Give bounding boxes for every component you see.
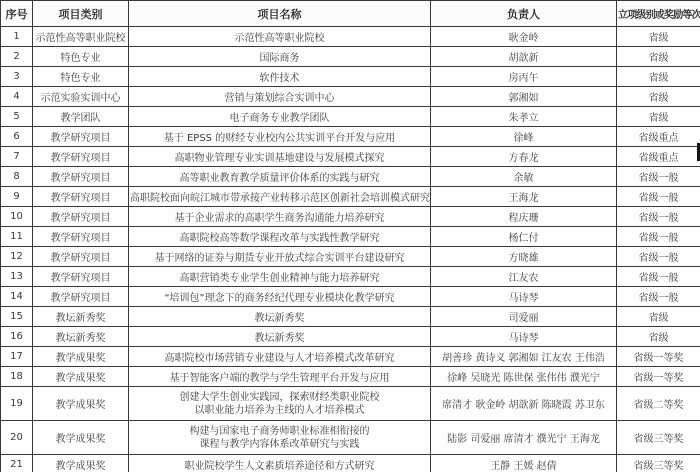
table-row: 18教学成果奖基于智能客户端的教学与学生管理平台开发与应用徐峰 吴晓光 陈世保 …: [1, 367, 700, 387]
cell-level: 省级一般: [617, 247, 700, 267]
cell-name: 高职院校面向皖江城市带承接产业转移示范区创新社会培训模式研究: [129, 187, 431, 207]
cell-level: 省级: [617, 47, 700, 67]
table-row: 9教学研究项目高职院校面向皖江城市带承接产业转移示范区创新社会培训模式研究王海龙…: [1, 187, 700, 207]
header-no: 序号: [1, 1, 33, 27]
cell-leader: 马诗琴: [431, 287, 617, 307]
cell-category: 特色专业: [33, 67, 129, 87]
cell-category: 教坛新秀奖: [33, 307, 129, 327]
cell-leader: 陆影 司爱丽 席清才 濮光宁 王海龙: [431, 421, 617, 455]
table-row: 1示范性高等职业院校示范性高等职业院校耿金岭省级: [1, 27, 700, 47]
cell-level: 省级: [617, 307, 700, 327]
cell-category: 教学研究项目: [33, 187, 129, 207]
cell-no: 21: [1, 455, 33, 472]
header-row: 序号 项目类别 项目名称 负责人 立项级别或奖励等次: [1, 1, 700, 27]
cell-name: 高等职业教育教学质量评价体系的实践与研究: [129, 167, 431, 187]
cell-leader: 方晓雄: [431, 247, 617, 267]
cell-no: 6: [1, 127, 33, 147]
table-row: 7教学研究项目高职物业管理专业实训基地建设与发展模式探究方春龙省级重点: [1, 147, 700, 167]
cell-name: 创建大学生创业实践园，探索财经类职业院校 以职业能力培养为主线的人才培养模式: [129, 387, 431, 421]
cell-name: “培训包”理念下的商务经纪代理专业模块化教学研究: [129, 287, 431, 307]
header-category: 项目类别: [33, 1, 129, 27]
cell-name: 高职物业管理专业实训基地建设与发展模式探究: [129, 147, 431, 167]
cell-name: 高职营销类专业学生创业精神与能力培养研究: [129, 267, 431, 287]
cell-category: 教学研究项目: [33, 287, 129, 307]
cell-leader: 耿金岭: [431, 27, 617, 47]
projects-table: 序号 项目类别 项目名称 负责人 立项级别或奖励等次 1示范性高等职业院校示范性…: [0, 0, 700, 472]
projects-page: 序号 项目类别 项目名称 负责人 立项级别或奖励等次 1示范性高等职业院校示范性…: [0, 0, 700, 472]
cell-no: 7: [1, 147, 33, 167]
cell-no: 5: [1, 107, 33, 127]
cell-level: 省级: [617, 107, 700, 127]
cell-category: 教学成果奖: [33, 455, 129, 472]
cell-name: 电子商务专业教学团队: [129, 107, 431, 127]
header-name: 项目名称: [129, 1, 431, 27]
cell-level: 省级一等奖: [617, 347, 700, 367]
cell-leader: 房丙午: [431, 67, 617, 87]
table-row: 6教学研究项目基于 EPSS 的财经专业校内公共实训平台开发与应用徐峰省级重点: [1, 127, 700, 147]
cell-level: 省级一般: [617, 227, 700, 247]
cell-category: 教学研究项目: [33, 127, 129, 147]
cell-no: 18: [1, 367, 33, 387]
cell-leader: 王静 王媛 赵倩: [431, 455, 617, 472]
cell-no: 3: [1, 67, 33, 87]
cell-leader: 余敏: [431, 167, 617, 187]
table-row: 17教学成果奖高职院校市场营销专业建设与人才培养模式改革研究胡善珍 黄诗义 郭湘…: [1, 347, 700, 367]
table-row: 19教学成果奖创建大学生创业实践园，探索财经类职业院校 以职业能力培养为主线的人…: [1, 387, 700, 421]
cell-no: 19: [1, 387, 33, 421]
cell-category: 教学成果奖: [33, 367, 129, 387]
cell-no: 9: [1, 187, 33, 207]
cell-category: 教学研究项目: [33, 147, 129, 167]
table-row: 12教学研究项目基于网络的证券与期货专业开放式综合实训平台建设研究方晓雄省级一般: [1, 247, 700, 267]
cell-level: 省级重点: [617, 127, 700, 147]
cell-level: 省级重点: [617, 147, 700, 167]
cell-name: 基于 EPSS 的财经专业校内公共实训平台开发与应用: [129, 127, 431, 147]
cell-leader: 徐峰 吴晓光 陈世保 张伟伟 濮光宁: [431, 367, 617, 387]
cell-category: 教学研究项目: [33, 207, 129, 227]
cell-name: 基于网络的证券与期货专业开放式综合实训平台建设研究: [129, 247, 431, 267]
cell-category: 教学研究项目: [33, 247, 129, 267]
cell-no: 17: [1, 347, 33, 367]
table-row: 14教学研究项目“培训包”理念下的商务经纪代理专业模块化教学研究马诗琴省级一般: [1, 287, 700, 307]
cell-name: 高职院校高等数学课程改革与实践性教学研究: [129, 227, 431, 247]
cell-category: 教学研究项目: [33, 167, 129, 187]
cell-name: 基于企业需求的高职学生商务沟通能力培养研究: [129, 207, 431, 227]
cell-name: 高职院校市场营销专业建设与人才培养模式改革研究: [129, 347, 431, 367]
cell-level: 省级二等奖: [617, 387, 700, 421]
cell-no: 15: [1, 307, 33, 327]
cell-leader: 程庆珊: [431, 207, 617, 227]
cell-category: 教学研究项目: [33, 227, 129, 247]
cell-level: 省级: [617, 27, 700, 47]
cell-leader: 郭湘如: [431, 87, 617, 107]
cell-no: 12: [1, 247, 33, 267]
cell-level: 省级三等奖: [617, 455, 700, 472]
cell-level: 省级: [617, 67, 700, 87]
cell-level: 省级一等奖: [617, 367, 700, 387]
cell-leader: 杨仁付: [431, 227, 617, 247]
cell-level: 省级一般: [617, 207, 700, 227]
cell-leader: 朱孝立: [431, 107, 617, 127]
header-leader: 负责人: [431, 1, 617, 27]
table-row: 15教坛新秀奖教坛新秀奖司爱丽省级: [1, 307, 700, 327]
cell-level: 省级一般: [617, 267, 700, 287]
cell-category: 示范性高等职业院校: [33, 27, 129, 47]
cell-level: 省级三等奖: [617, 421, 700, 455]
cell-name: 国际商务: [129, 47, 431, 67]
cell-leader: 马诗琴: [431, 327, 617, 347]
cell-category: 教学成果奖: [33, 347, 129, 367]
cell-leader: 方春龙: [431, 147, 617, 167]
cell-level: 省级一般: [617, 287, 700, 307]
cell-name: 示范性高等职业院校: [129, 27, 431, 47]
cell-name: 营销与策划综合实训中心: [129, 87, 431, 107]
cell-name: 软件技术: [129, 67, 431, 87]
cell-no: 4: [1, 87, 33, 107]
cell-category: 教学成果奖: [33, 387, 129, 421]
table-row: 8教学研究项目高等职业教育教学质量评价体系的实践与研究余敏省级一般: [1, 167, 700, 187]
cell-name: 基于智能客户端的教学与学生管理平台开发与应用: [129, 367, 431, 387]
cell-no: 2: [1, 47, 33, 67]
cell-category: 教坛新秀奖: [33, 327, 129, 347]
cell-category: 教学团队: [33, 107, 129, 127]
cell-leader: 胡歆新: [431, 47, 617, 67]
cell-leader: 胡善珍 黄诗义 郭湘如 江友农 王伟浩: [431, 347, 617, 367]
cell-leader: 司爱丽: [431, 307, 617, 327]
cell-no: 8: [1, 167, 33, 187]
cell-name: 教坛新秀奖: [129, 327, 431, 347]
cell-leader: 王海龙: [431, 187, 617, 207]
cell-level: 省级: [617, 327, 700, 347]
cell-level: 省级一般: [617, 187, 700, 207]
cell-name: 构建与国家电子商务师职业标准相衔接的 课程与教学内容体系改革研究与实践: [129, 421, 431, 455]
table-row: 20教学成果奖构建与国家电子商务师职业标准相衔接的 课程与教学内容体系改革研究与…: [1, 421, 700, 455]
cell-no: 13: [1, 267, 33, 287]
cell-leader: 江友农: [431, 267, 617, 287]
cell-no: 16: [1, 327, 33, 347]
table-row: 11教学研究项目高职院校高等数学课程改革与实践性教学研究杨仁付省级一般: [1, 227, 700, 247]
table-row: 10教学研究项目基于企业需求的高职学生商务沟通能力培养研究程庆珊省级一般: [1, 207, 700, 227]
cell-name: 教坛新秀奖: [129, 307, 431, 327]
cell-category: 教学成果奖: [33, 421, 129, 455]
cell-no: 10: [1, 207, 33, 227]
cell-level: 省级: [617, 87, 700, 107]
cell-category: 特色专业: [33, 47, 129, 67]
cell-no: 20: [1, 421, 33, 455]
cell-no: 1: [1, 27, 33, 47]
cell-leader: 席清才 耿金岭 胡歆新 陈晓霞 苏卫东: [431, 387, 617, 421]
cell-name: 职业院校学生人文素质培养途径和方式研究: [129, 455, 431, 472]
table-row: 16教坛新秀奖教坛新秀奖马诗琴省级: [1, 327, 700, 347]
cell-no: 14: [1, 287, 33, 307]
table-row: 4示范实验实训中心营销与策划综合实训中心郭湘如省级: [1, 87, 700, 107]
table-row: 3特色专业软件技术房丙午省级: [1, 67, 700, 87]
cell-level: 省级一般: [617, 167, 700, 187]
cell-category: 教学研究项目: [33, 267, 129, 287]
cell-leader: 徐峰: [431, 127, 617, 147]
cell-category: 示范实验实训中心: [33, 87, 129, 107]
table-row: 2特色专业国际商务胡歆新省级: [1, 47, 700, 67]
table-row: 5教学团队电子商务专业教学团队朱孝立省级: [1, 107, 700, 127]
table-row: 13教学研究项目高职营销类专业学生创业精神与能力培养研究江友农省级一般: [1, 267, 700, 287]
table-row: 21教学成果奖职业院校学生人文素质培养途径和方式研究王静 王媛 赵倩省级三等奖: [1, 455, 700, 472]
cell-no: 11: [1, 227, 33, 247]
header-level: 立项级别或奖励等次: [617, 1, 700, 27]
